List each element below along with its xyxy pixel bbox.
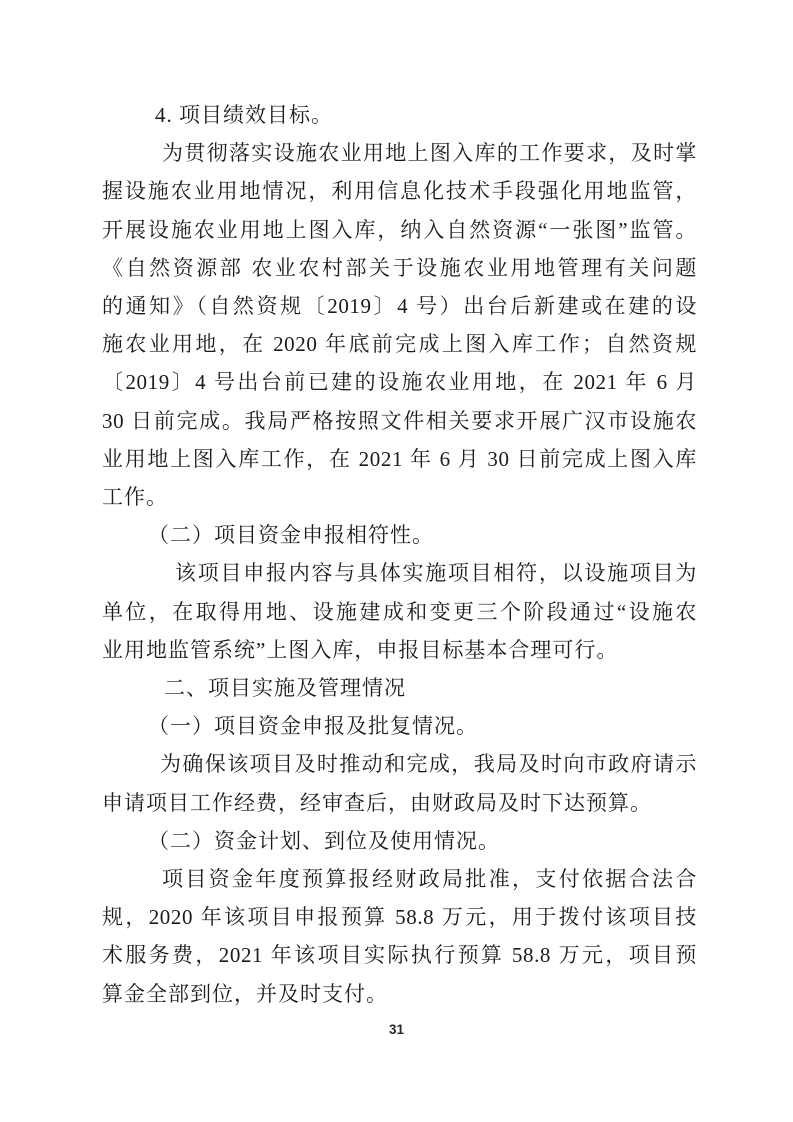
paragraph-line: 〔2019〕4 号出台前已建的设施农业用地，在 2021 年 6 月 <box>102 363 697 401</box>
paragraph-line: 规，2020 年该项目申报预算 58.8 万元，用于拨付该项目技 <box>102 898 697 936</box>
paragraph-line: 项目资金年度预算报经财政局批准，支付依据合法合 <box>102 860 697 898</box>
paragraph-line: 施农业用地，在 2020 年底前完成上图入库工作；自然资规 <box>102 325 697 363</box>
paragraph-line: 《自然资源部 农业农村部关于设施农业用地管理有关问题 <box>102 249 697 287</box>
paragraph-line: 的通知》（自然资规〔2019〕4 号）出台后新建或在建的设 <box>102 287 697 325</box>
heading-funding-application: （一）项目资金申报及批复情况。 <box>102 707 697 745</box>
paragraph-line: 为贯彻落实设施农业用地上图入库的工作要求，及时掌 <box>102 134 697 172</box>
heading-funding-conformity: （二）项目资金申报相符性。 <box>102 516 697 554</box>
paragraph-line: 术服务费，2021 年该项目实际执行预算 58.8 万元，项目预 <box>102 936 697 974</box>
paragraph-line: 为确保该项目及时推动和完成，我局及时向市政府请示 <box>102 745 697 783</box>
paragraph-line: 30 日前完成。我局严格按照文件相关要求开展广汉市设施农 <box>102 402 697 440</box>
paragraph-line: 工作。 <box>102 478 697 516</box>
paragraph-line: 业用地上图入库工作，在 2021 年 6 月 30 日前完成上图入库 <box>102 440 697 478</box>
document-page: 4. 项目绩效目标。 为贯彻落实设施农业用地上图入库的工作要求，及时掌 握设施农… <box>0 0 793 1122</box>
list-item-performance-target: 4. 项目绩效目标。 <box>102 96 697 134</box>
paragraph-line: 握设施农业用地情况，利用信息化技术手段强化用地监管， <box>102 172 697 210</box>
page-number: 31 <box>0 1022 793 1037</box>
paragraph-line: 该项目申报内容与具体实施项目相符，以设施项目为 <box>102 554 697 592</box>
paragraph-line: 申请项目工作经费，经审查后，由财政局及时下达预算。 <box>102 784 697 822</box>
paragraph-line: 业用地监管系统”上图入库，申报目标基本合理可行。 <box>102 631 697 669</box>
heading-section-2: 二、项目实施及管理情况 <box>102 669 697 707</box>
paragraph-line: 开展设施农业用地上图入库，纳入自然资源“一张图”监管。 <box>102 211 697 249</box>
document-body: 4. 项目绩效目标。 为贯彻落实设施农业用地上图入库的工作要求，及时掌 握设施农… <box>102 96 697 1013</box>
paragraph-line: 单位，在取得用地、设施建成和变更三个阶段通过“设施农 <box>102 593 697 631</box>
heading-funding-plan: （二）资金计划、到位及使用情况。 <box>102 822 697 860</box>
paragraph-line: 算金全部到位，并及时支付。 <box>102 975 697 1013</box>
